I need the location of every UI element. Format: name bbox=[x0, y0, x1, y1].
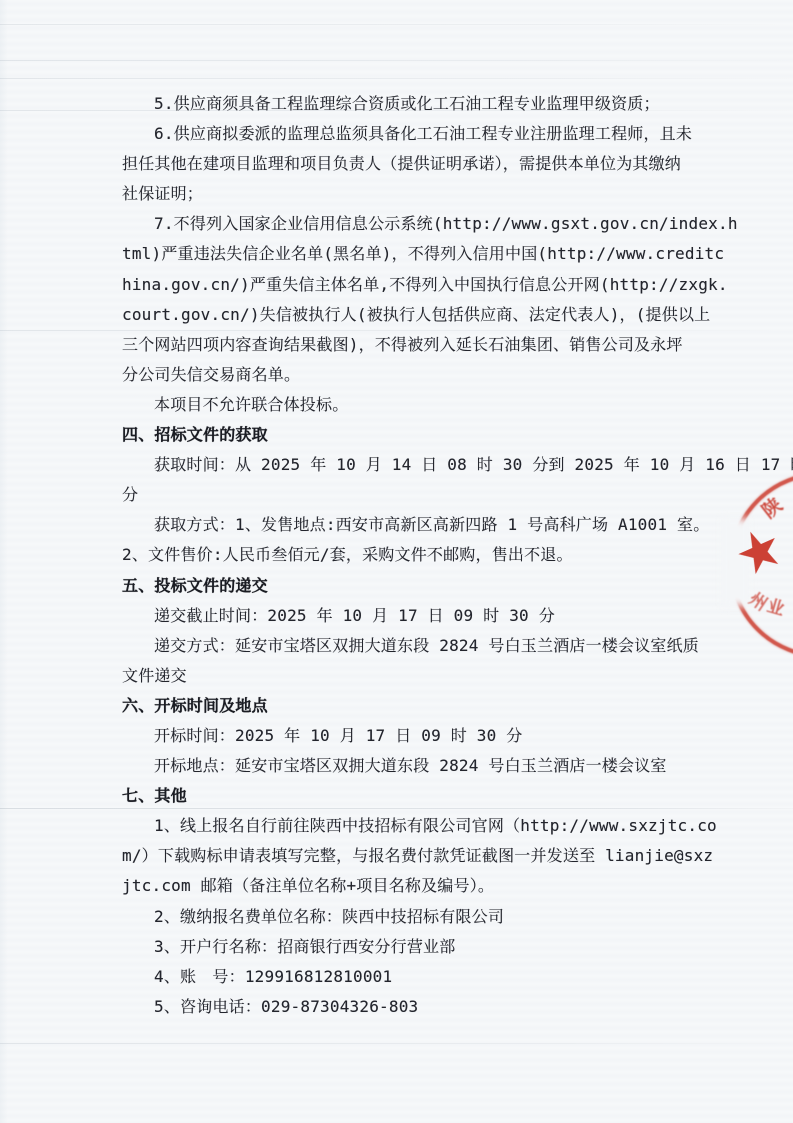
text-line: 获取时间：从 2025 年 10 月 14 日 08 时 30 分到 2025 … bbox=[122, 450, 722, 480]
text-line: 递交方式：延安市宝塔区双拥大道东段 2824 号白玉兰酒店一楼会议室纸质 bbox=[122, 631, 722, 661]
text-line: 分 bbox=[122, 480, 722, 510]
text-line: 递交截止时间：2025 年 10 月 17 日 09 时 30 分 bbox=[122, 601, 722, 631]
text-line: m/）下载购标申请表填写完整，与报名费付款凭证截图一并发送至 lianjie@s… bbox=[122, 841, 722, 871]
text-line: 分公司失信交易商名单。 bbox=[122, 360, 722, 390]
text-line: 本项目不允许联合体投标。 bbox=[122, 390, 722, 420]
text-line: 3、开户行名称：招商银行西安分行营业部 bbox=[122, 932, 722, 962]
text-line: 开标时间：2025 年 10 月 17 日 09 时 30 分 bbox=[122, 721, 722, 751]
text-line: 获取方式：1、发售地点:西安市高新区高新四路 1 号高科广场 A1001 室。 bbox=[122, 510, 722, 540]
text-line: 4、账 号：129916812810001 bbox=[122, 962, 722, 992]
document-lines: 5.供应商须具备工程监理综合资质或化工石油工程专业监理甲级资质；6.供应商拟委派… bbox=[122, 89, 722, 1022]
scanned-document-page: 5.供应商须具备工程监理综合资质或化工石油工程专业监理甲级资质；6.供应商拟委派… bbox=[0, 0, 793, 1123]
text-line: 5.供应商须具备工程监理综合资质或化工石油工程专业监理甲级资质； bbox=[122, 89, 722, 119]
text-line: 7.不得列入国家企业信用信息公示系统(http://www.gsxt.gov.c… bbox=[122, 209, 722, 239]
text-line: jtc.com 邮箱（备注单位名称+项目名称及编号）。 bbox=[122, 871, 722, 901]
section-heading: 七、其他 bbox=[122, 781, 722, 811]
scan-artifact-line bbox=[0, 78, 793, 79]
text-line: 2、文件售价:人民币叁佰元/套，采购文件不邮购，售出不退。 bbox=[122, 540, 722, 570]
text-line: 三个网站四项内容查询结果截图)，不得被列入延长石油集团、销售公司及永坪 bbox=[122, 330, 722, 360]
scan-artifact-line bbox=[0, 60, 793, 61]
section-heading: 四、招标文件的获取 bbox=[122, 420, 722, 450]
text-line: hina.gov.cn/)严重失信主体名单,不得列入中国执行信息公开网(http… bbox=[122, 270, 722, 300]
text-line: 文件递交 bbox=[122, 661, 722, 691]
text-line: 开标地点：延安市宝塔区双拥大道东段 2824 号白玉兰酒店一楼会议室 bbox=[122, 751, 722, 781]
text-line: 担任其他在建项目监理和项目负责人（提供证明承诺），需提供本单位为其缴纳 bbox=[122, 149, 722, 179]
text-line: 6.供应商拟委派的监理总监须具备化工石油工程专业注册监理工程师，且未 bbox=[122, 119, 722, 149]
text-line: 2、缴纳报名费单位名称：陕西中技招标有限公司 bbox=[122, 902, 722, 932]
section-heading: 五、投标文件的递交 bbox=[122, 571, 722, 601]
section-heading: 六、开标时间及地点 bbox=[122, 691, 722, 721]
text-line: court.gov.cn/)失信被执行人(被执行人包括供应商、法定代表人)，(提… bbox=[122, 300, 722, 330]
text-line: 5、咨询电话：029-87304326-803 bbox=[122, 992, 722, 1022]
scan-artifact-line bbox=[0, 24, 793, 25]
text-line: tml)严重违法失信企业名单(黑名单)，不得列入信用中国(http://www.… bbox=[122, 239, 722, 269]
scan-artifact-line bbox=[0, 1043, 793, 1044]
text-line: 1、线上报名自行前往陕西中技招标有限公司官网（http://www.sxzjtc… bbox=[122, 811, 722, 841]
text-line: 社保证明； bbox=[122, 179, 722, 209]
